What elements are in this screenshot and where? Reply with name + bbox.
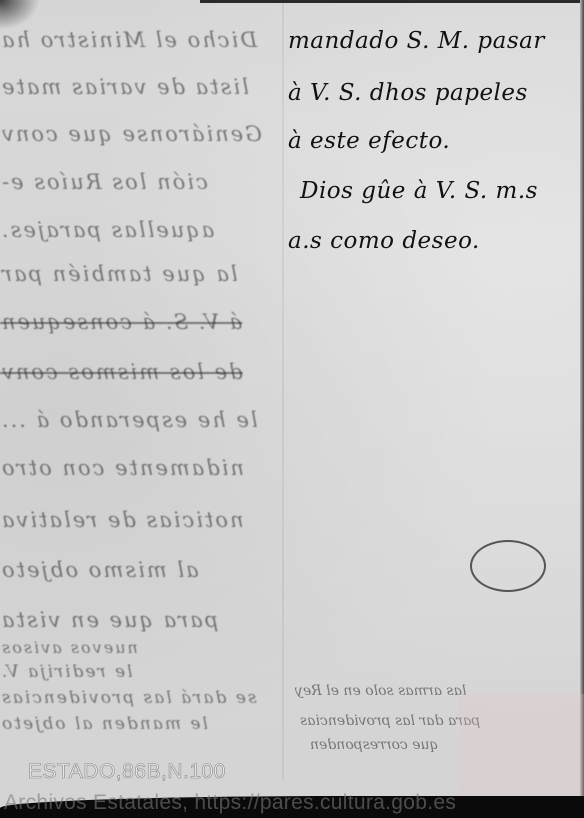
paper-stain <box>458 694 584 806</box>
bleed-line: las armas solo en el Rey <box>295 683 466 699</box>
bleed-line: lista de varias mate <box>0 75 284 99</box>
bleed-line: le manden al objeto <box>0 714 284 734</box>
bleed-line: le redirija V. <box>0 662 284 682</box>
bleed-line: le he esperando á ... <box>0 408 284 432</box>
bleed-line: Dicho el Ministro ha <box>0 28 284 52</box>
bleed-line: á V. S. á consequen <box>0 310 284 334</box>
manuscript-line: à V. S. dhos papeles <box>288 80 528 106</box>
bleed-line: para que en vista <box>0 608 284 632</box>
bleed-line: que corresponden <box>310 737 439 753</box>
manuscript-line: à este efecto. <box>288 128 450 154</box>
manuscript-line: a.s como deseo. <box>288 228 480 254</box>
bleed-line: nuevos avisos <box>0 638 284 657</box>
bleed-line: de los mismos conv <box>0 360 284 384</box>
manuscript-line: mandado S. M. pasar <box>288 28 545 54</box>
manuscript-page: Dicho el Ministro ha lista de varias mat… <box>0 0 584 818</box>
page-top-edge <box>200 0 584 3</box>
bleed-line: la que también par <box>0 262 284 286</box>
bleed-line: aquellas parajes. <box>0 218 284 242</box>
bleed-line: Geniáronse que conv <box>0 122 284 146</box>
bleed-line: se dará las providencias <box>0 688 284 708</box>
manuscript-line: Dios gûe à V. S. m.s <box>300 178 538 204</box>
archive-reference-watermark: ESTADO,86B,N.100 <box>28 760 226 784</box>
bleed-line: para dar las providencias <box>300 713 480 729</box>
bleed-line: noticias de relativa <box>0 508 284 532</box>
bleed-line: al mismo objeto <box>0 558 284 582</box>
page-corner-shadow <box>0 0 40 30</box>
archive-source-watermark: Archivos Estatales, https://pares.cultur… <box>4 791 456 815</box>
bleed-line: nidamente con otro <box>0 456 284 480</box>
archive-stamp <box>470 540 546 592</box>
bleed-line: ción los Ruíos e- <box>0 170 284 194</box>
